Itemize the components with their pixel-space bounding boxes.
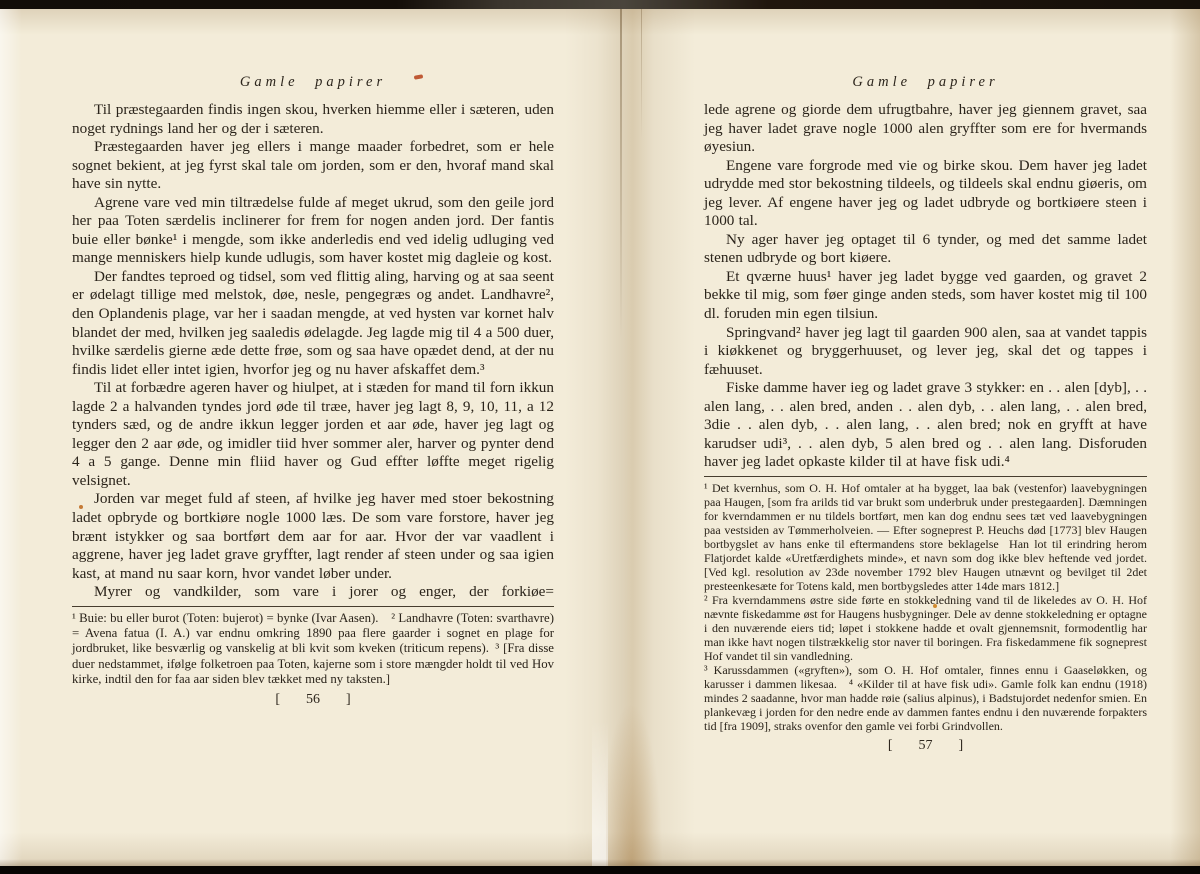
- footnote-rule: [704, 476, 1147, 477]
- bracket-close: ]: [959, 738, 964, 754]
- gutter-crease-line-2: [641, 9, 642, 139]
- paragraph-continuation: Myrer og vandkilder, som vare i jorer og…: [72, 583, 554, 602]
- paragraph: Agrene vare ved min tiltrædelse fulde af…: [72, 194, 554, 268]
- page-number-left: [ 56 ]: [72, 692, 554, 708]
- bracket-close: ]: [346, 692, 351, 708]
- paragraph: Fiske damme haver ieg og ladet grave 3 s…: [704, 379, 1147, 472]
- scan-bottom-shadow: [0, 859, 1200, 866]
- paragraph: Ny ager haver jeg optaget til 6 tynder, …: [704, 231, 1147, 268]
- paragraph: Engene vare forgrode med vie og birke sk…: [704, 157, 1147, 231]
- scan-edge-bottom: [0, 866, 1200, 874]
- scanned-book-spread: Gamle papirer Til præstegaarden findis i…: [0, 0, 1200, 874]
- paragraph: Springvand² haver jeg lagt til gaarden 9…: [704, 324, 1147, 380]
- paragraph: Til at forbædre ageren haver og hiulpet,…: [72, 379, 554, 490]
- bracket-open: [: [888, 738, 893, 754]
- page-number-value: 57: [919, 738, 933, 754]
- footnote-block: ² Fra kverndammens østre side førte en s…: [704, 593, 1147, 663]
- page-left: Gamle papirer Til præstegaarden findis i…: [72, 74, 554, 708]
- scan-edge-top: [0, 0, 1200, 9]
- gutter-crease-line: [620, 9, 622, 339]
- paragraph-continuation: lede agrene og giorde dem ufrugtbahre, h…: [704, 101, 1147, 157]
- footnote-block: ¹ Det kvernhus, som O. H. Hof omtaler at…: [704, 481, 1147, 593]
- running-head-left: Gamle papirer: [72, 74, 554, 91]
- page-right: Gamle papirer lede agrene og giorde dem …: [704, 74, 1147, 754]
- page-number-value: 56: [306, 692, 320, 708]
- paragraph: Jorden var meget fuld af steen, af hvilk…: [72, 490, 554, 583]
- paragraph: Præstegaarden haver jeg ellers i mange m…: [72, 138, 554, 194]
- paragraph: Et qværne huus¹ haver jeg ladet bygge ve…: [704, 268, 1147, 324]
- bracket-open: [: [275, 692, 280, 708]
- running-head-right: Gamle papirer: [704, 74, 1147, 91]
- footnote-rule: [72, 606, 554, 607]
- footnote-block: ¹ Buie: bu eller burot (Toten: bujerot) …: [72, 611, 554, 687]
- paragraph: Der fandtes teproed og tidsel, som ved f…: [72, 268, 554, 379]
- footnote-block: ³ Karussdammen («gryften»), som O. H. Ho…: [704, 663, 1147, 733]
- paragraph: Til præstegaarden findis ingen skou, hve…: [72, 101, 554, 138]
- gutter-fold-shadow: [606, 706, 662, 866]
- page-number-right: [ 57 ]: [704, 738, 1147, 754]
